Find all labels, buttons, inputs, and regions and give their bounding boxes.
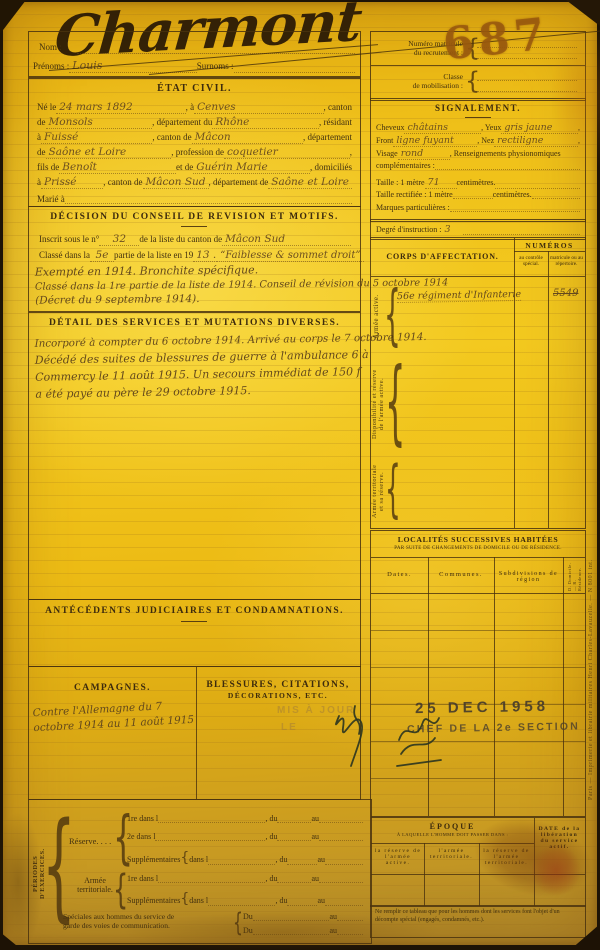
per-Du-2: Du <box>243 926 253 935</box>
armee-label-1: Armée <box>73 876 117 885</box>
ec-r6-p3: , département de <box>209 177 269 187</box>
per-r1-label: 1re dans l <box>127 814 158 823</box>
signalement-title: SIGNALEMENT. <box>371 103 585 113</box>
disponibilite-brace: { <box>385 356 405 448</box>
territoriale-label-2: et sa réserve. <box>378 460 385 522</box>
dec-l2-h1: 5e <box>90 249 114 262</box>
antecedents-section: ANTÉCÉDENTS JUDICIAIRES ET CONDAMNATIONS… <box>28 599 361 667</box>
services-hand-3: Commercy le 11 août 1915. Un secours imm… <box>35 365 357 384</box>
ec-r4-h1: Saône et Loire <box>46 146 172 159</box>
disponibilite-label-1: Disponibilité et réserve <box>371 356 378 452</box>
per-au: au <box>311 832 319 841</box>
dec-l1-h2: Mâcon Sud <box>222 233 351 246</box>
sig-r7: Marques particulières : <box>376 203 450 212</box>
epoque-title: ÉPOQUE <box>371 822 534 831</box>
etat-civil-section: ÉTAT CIVIL. Né le 24 mars 1892 , à Cenve… <box>28 77 361 207</box>
localites-subtitle: PAR SUITE DE CHANGEMENTS DE DOMICILE OU … <box>371 546 585 551</box>
ec-r5-p2: et de <box>176 162 193 172</box>
per-au: au <box>311 814 319 823</box>
campagnes-title: CAMPAGNES. <box>29 683 196 693</box>
dec-l2-p1: Classé dans la <box>39 250 90 260</box>
ec-r3-h1: Fuissé <box>41 131 152 144</box>
ec-r3-p3: , département <box>303 132 352 142</box>
ec-r5-h2: Guérin Marie <box>193 161 310 174</box>
per-r2-label: 2e dans l <box>127 832 155 841</box>
epoque-section: ÉPOQUE À LAQUELLE L'HOMME DOIT PASSER DA… <box>370 817 586 907</box>
sig-r1-h1: châtains <box>404 122 481 134</box>
sig-r1-p1: Cheveux <box>376 123 404 132</box>
supp-brace: { <box>180 851 189 865</box>
campagnes-blessures-section: CAMPAGNES. Contre l'Allemagne du 7 octob… <box>28 666 361 800</box>
nom-field-line <box>77 53 355 54</box>
surnoms-field-line <box>234 59 355 73</box>
periodes-section: PÉRIODES D'EXERCICES. { Réserve. . . . {… <box>28 799 372 944</box>
dec-l2-p2: partie de la liste en 19 <box>114 250 193 260</box>
epoque-col1: la réserve de l'armée active. <box>373 848 423 866</box>
sig-r6-p2: centimètres. <box>493 190 532 199</box>
per-au: au <box>317 896 325 905</box>
marie-label: Marié à <box>37 194 65 204</box>
ec-r4-p1: de <box>37 147 46 157</box>
sig-r3-h1: rond <box>398 148 450 160</box>
services-hand-4: a été payé au père le 29 octobre 1915. <box>35 382 357 401</box>
sig-r2-h2: rectiligne <box>494 135 578 147</box>
per-Du: Du <box>243 912 253 921</box>
controle-header: au contrôle spécial. <box>514 255 548 267</box>
repertoire-header: matricule ou au répertoire. <box>548 255 585 267</box>
classe-line-2 <box>477 91 577 92</box>
decision-title: DÉCISION DU CONSEIL DE REVISION ET MOTIF… <box>29 212 360 222</box>
sig-r5-p1: Taille : 1 mètre <box>376 178 425 187</box>
corps-col-header: CORPS D'AFFECTATION. <box>371 252 514 261</box>
domicile-residence-header: D. Domicile. — R. Résidence. <box>567 561 582 591</box>
ec-r1-h1: 24 mars 1892 <box>56 101 185 114</box>
per-du: , du <box>265 874 277 883</box>
territoriale-brace: { <box>385 458 401 520</box>
sig-r1-p3: , <box>578 123 580 132</box>
epoque-col4: DATE de la libération du service actif. <box>536 826 583 850</box>
marie-field-line <box>65 194 352 204</box>
armee-active-label: Armée active. <box>373 284 380 350</box>
decision-hand-3: (Décret du 9 septembre 1914). <box>35 291 357 306</box>
nom-label: Nom : <box>39 42 62 52</box>
ec-r5-p1: fils de <box>37 162 59 172</box>
matricule-number-stamp: 687 <box>441 9 553 71</box>
communes-col-header: Communes. <box>428 571 494 578</box>
sig-r1-h2: gris jaune <box>501 122 578 134</box>
title-ornament <box>181 226 207 227</box>
record-sheet: Charmont Nom : Prénoms : Louis Surnoms :… <box>3 2 597 945</box>
sig-r5-h1: 71 <box>425 177 457 189</box>
sig-r3-p2: , Renseignements physionomiques <box>450 149 561 158</box>
subdivisions-col-header: Subdivisions de région <box>494 571 563 583</box>
etat-civil-title: ÉTAT CIVIL. <box>29 83 360 94</box>
ec-r1-p3: , canton <box>324 102 353 112</box>
le-stamp: LE <box>281 722 298 733</box>
ec-r3-p2: , canton de <box>152 132 191 142</box>
signalement-section: SIGNALEMENT. Cheveux châtains , Yeux gri… <box>370 98 586 222</box>
territoriale-label-1: Armée territoriale <box>371 460 378 522</box>
dec-l2-h2: 13 . <box>193 249 217 262</box>
classe-label-1: Classe <box>377 72 463 81</box>
title-ornament-3 <box>465 117 491 118</box>
epoque-col3: la réserve de l'armée territoriale. <box>481 848 532 866</box>
per-supp-label-2: Supplémentaires <box>127 896 180 905</box>
periodes-brace: { <box>42 806 76 924</box>
printer-imprint: Paris — Imprimerie et librairie militair… <box>588 470 594 800</box>
sig-r2-h1: ligne fuyant <box>393 135 477 147</box>
sig-r2-p2: , Nez <box>477 136 494 145</box>
localites-title: LOCALITÉS SUCCESSIVES HABITÉES <box>371 535 585 544</box>
per-supp-label: Supplémentaires <box>127 855 180 864</box>
regiment-entry: 56e régiment d'Infanterie <box>397 289 521 303</box>
epoque-col2: l'armée territoriale. <box>427 848 476 860</box>
ec-r3-h2: Mâcon <box>192 131 303 144</box>
sig-r4: complémentaires : <box>376 161 435 170</box>
per-du: , du <box>275 896 287 905</box>
sig-r2-p3: , <box>578 136 580 145</box>
ec-r6-h2: Mâcon Sud <box>143 176 209 189</box>
per-au-2: au <box>329 926 337 935</box>
per-du: , du <box>265 832 277 841</box>
military-record-photo: Charmont Nom : Prénoms : Louis Surnoms :… <box>0 0 600 950</box>
dec-l1-p1: Inscrit sous le n° <box>39 234 99 244</box>
ec-r2-p2: , département du <box>152 117 212 127</box>
speciales-label-2: garde des voies de communication. <box>63 921 235 930</box>
ec-r2-h2: Rhône <box>212 116 319 129</box>
services-title: DÉTAIL DES SERVICES ET MUTATIONS DIVERSE… <box>29 318 360 328</box>
name-fields-box: Nom : Prénoms : Louis Surnoms : <box>28 31 361 77</box>
services-hand-2: Décédé des suites de blessures de guerre… <box>35 348 357 367</box>
per-au: au <box>317 855 325 864</box>
classe-brace: { <box>465 69 480 93</box>
dec-l1-p2: de la liste du canton de <box>139 234 222 244</box>
numeros-header: NUMÉROS <box>514 241 585 250</box>
ec-r2-h1: Monsols <box>46 116 153 129</box>
epoque-note: Ne remplir ce tableau que pour les homme… <box>375 909 579 924</box>
ec-r5-p3: , domiciliés <box>310 162 352 172</box>
epoque-subtitle: À LAQUELLE L'HOMME DOIT PASSER DANS : <box>371 832 534 837</box>
armee-brace: { <box>113 870 128 910</box>
reserve-label: Réserve. . . . <box>69 836 111 846</box>
degre-label: Degré d'instruction : <box>376 225 441 234</box>
ec-r1-p2: , à <box>186 102 195 112</box>
ec-r6-h3: Saône et Loire <box>268 176 352 189</box>
decision-hand-2: Classé dans la 1re partie de la liste de… <box>35 278 357 292</box>
ec-r1-h2: Cenves <box>194 101 323 114</box>
ec-r2-p3: , résidant <box>319 117 352 127</box>
dec-l1-h1: 32 <box>99 233 139 246</box>
ec-r5-h1: Benoît <box>59 161 176 174</box>
dates-col-header: Dates. <box>371 571 428 578</box>
signature-scribble <box>321 688 461 798</box>
ec-r2-p1: de <box>37 117 46 127</box>
per-au: au <box>311 874 319 883</box>
disponibilite-label-2: de l'armée active. <box>378 356 385 452</box>
supp-brace-2: { <box>180 892 189 906</box>
matricule-entry: 5549 <box>553 288 578 299</box>
dec-l2-h3: “Faiblesse & sommet droit” <box>217 250 363 262</box>
corps-section: CORPS D'AFFECTATION. NUMÉROS au contrôle… <box>370 237 586 529</box>
armee-label-2: territoriale. <box>73 885 117 894</box>
sig-r1-p2: , Yeux <box>481 123 501 132</box>
ec-r6-p2: , canton de <box>103 177 142 187</box>
decision-hand-1: Exempté en 1914. Bronchite spécifique. <box>35 262 357 278</box>
ec-r4-p2: , profession de <box>171 147 224 157</box>
speciales-brace: { <box>233 910 243 936</box>
sig-r3-p1: Visage <box>376 149 398 158</box>
ec-r6-h1: Prissé <box>41 176 103 189</box>
epoque-note-box: Ne remplir ce tableau que pour les homme… <box>370 905 586 938</box>
per-du: , du <box>265 814 277 823</box>
services-section: DÉTAIL DES SERVICES ET MUTATIONS DIVERSE… <box>28 312 361 600</box>
speciales-label-1: Spéciales aux hommes du service de <box>63 912 235 921</box>
per-dans: dans l <box>189 855 208 864</box>
ec-r4-p3: , <box>350 147 352 157</box>
decision-section: DÉCISION DU CONSEIL DE REVISION ET MOTIF… <box>28 206 361 312</box>
sig-r2-p1: Front <box>376 136 393 145</box>
sig-r6-p1: Taille rectifiée : 1 mètre <box>376 190 453 199</box>
classe-label-2: de mobilisation : <box>377 81 463 90</box>
title-ornament-2 <box>181 621 207 622</box>
classe-line-1 <box>477 80 577 81</box>
per-dans-2: dans l <box>189 896 208 905</box>
antecedents-title: ANTÉCÉDENTS JUDICIAIRES ET CONDAMNATIONS… <box>29 606 360 616</box>
ec-r1-p1: Né le <box>37 102 56 112</box>
per-au: au <box>329 912 337 921</box>
services-hand-1: Incorporé à compter du 6 octobre 1914. A… <box>34 332 356 350</box>
per-r4-label: 1re dans l <box>127 874 158 883</box>
sig-r5-p2: centimètres. <box>457 178 496 187</box>
per-du: , du <box>275 855 287 864</box>
degre-value: 3 <box>441 224 463 235</box>
ec-r4-h2: coquetier <box>224 146 350 159</box>
matricule-box: Numéro matricule du recrutement : { Clas… <box>370 31 586 101</box>
